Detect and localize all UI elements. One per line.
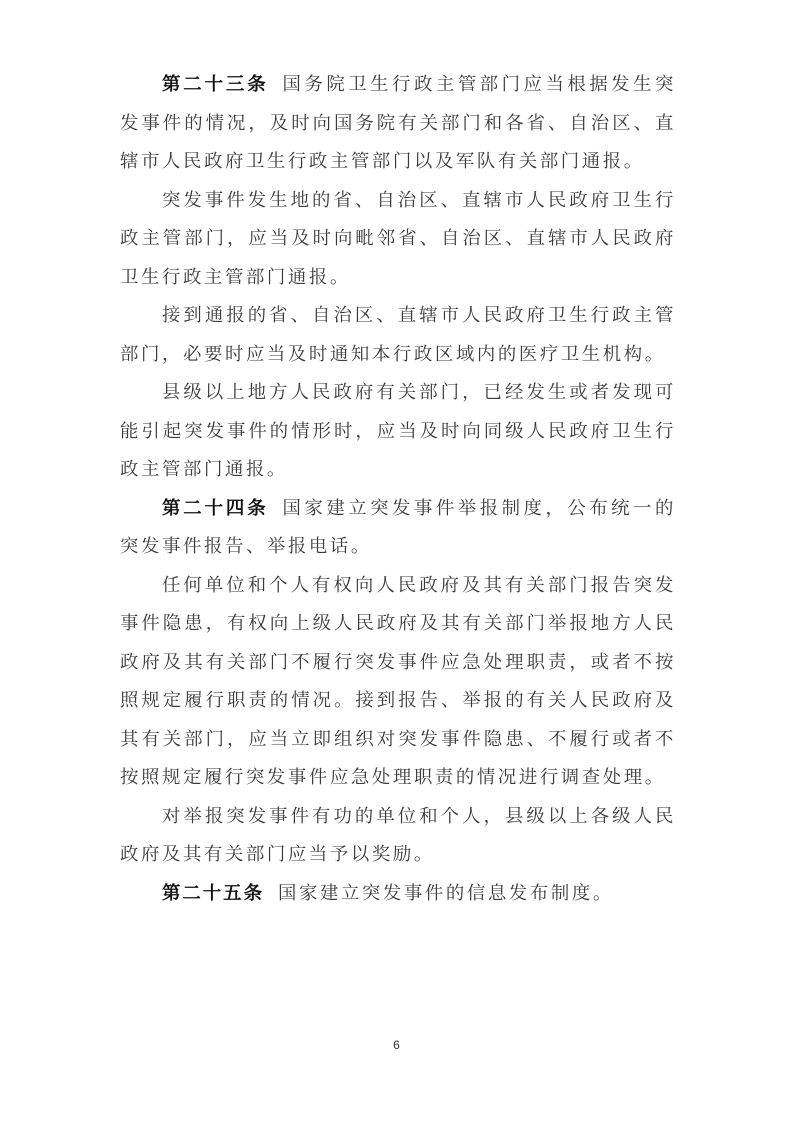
paragraph: 县级以上地方人民政府有关部门，已经发生或者发现可能引起突发事件的情形时，应当及时… [120, 374, 676, 490]
article-heading: 第二十三条 [162, 74, 269, 95]
paragraph-text: 任何单位和个人有权向人民政府及其有关部门报告突发事件隐患，有权向上级人民政府及其… [120, 575, 676, 789]
paragraph-article-25: 第二十五条国家建立突发事件的信息发布制度。 [120, 875, 676, 914]
paragraph-text: 接到通报的省、自治区、直辖市人民政府卫生行政主管部门，必要时应当及时通知本行政区… [120, 305, 676, 365]
paragraph-text: 县级以上地方人民政府有关部门，已经发生或者发现可能引起突发事件的情形时，应当及时… [120, 382, 676, 480]
paragraph-article-24: 第二十四条国家建立突发事件举报制度，公布统一的突发事件报告、举报电话。 [120, 490, 676, 567]
document-page-body: 第二十三条国务院卫生行政主管部门应当根据发生突发事件的情况，及时向国务院有关部门… [120, 66, 676, 913]
article-heading: 第二十五条 [162, 883, 264, 904]
paragraph: 对举报突发事件有功的单位和个人，县级以上各级人民政府及其有关部门应当予以奖励。 [120, 798, 676, 875]
paragraph: 任何单位和个人有权向人民政府及其有关部门报告突发事件隐患，有权向上级人民政府及其… [120, 567, 676, 798]
page-number: 6 [0, 1038, 793, 1052]
paragraph-article-23: 第二十三条国务院卫生行政主管部门应当根据发生突发事件的情况，及时向国务院有关部门… [120, 66, 676, 182]
paragraph: 突发事件发生地的省、自治区、直辖市人民政府卫生行政主管部门，应当及时向毗邻省、自… [120, 182, 676, 298]
paragraph-text: 国家建立突发事件的信息发布制度。 [278, 883, 614, 904]
paragraph: 接到通报的省、自治区、直辖市人民政府卫生行政主管部门，必要时应当及时通知本行政区… [120, 297, 676, 374]
paragraph-text: 对举报突发事件有功的单位和个人，县级以上各级人民政府及其有关部门应当予以奖励。 [120, 806, 676, 866]
article-heading: 第二十四条 [162, 498, 269, 519]
paragraph-text: 突发事件发生地的省、自治区、直辖市人民政府卫生行政主管部门，应当及时向毗邻省、自… [120, 190, 676, 288]
